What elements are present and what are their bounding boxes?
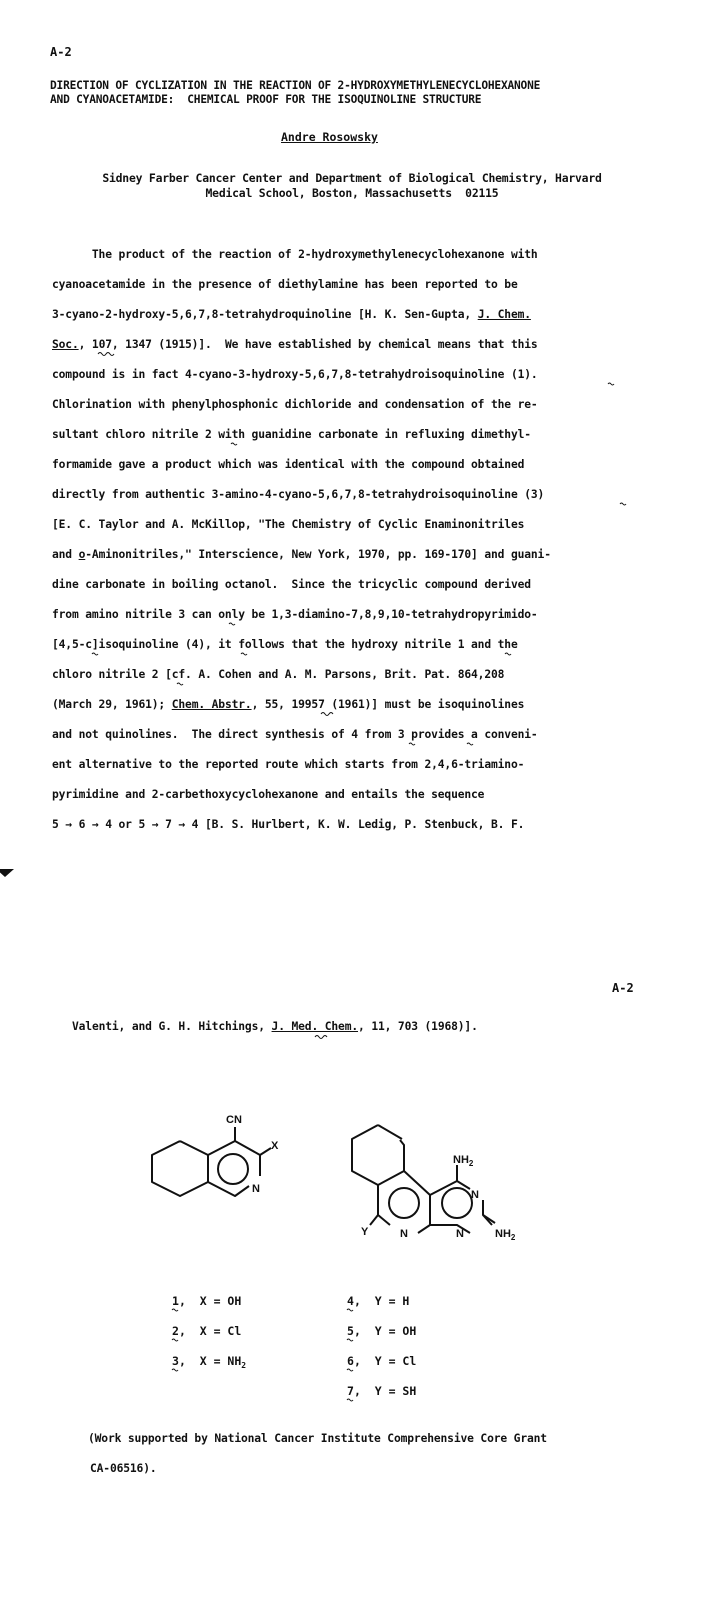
legend-wavy-marks bbox=[0, 0, 704, 1610]
footnote-line-2: CA-06516). bbox=[90, 1462, 157, 1475]
footnote-line-1: (Work supported by National Cancer Insti… bbox=[88, 1432, 547, 1445]
